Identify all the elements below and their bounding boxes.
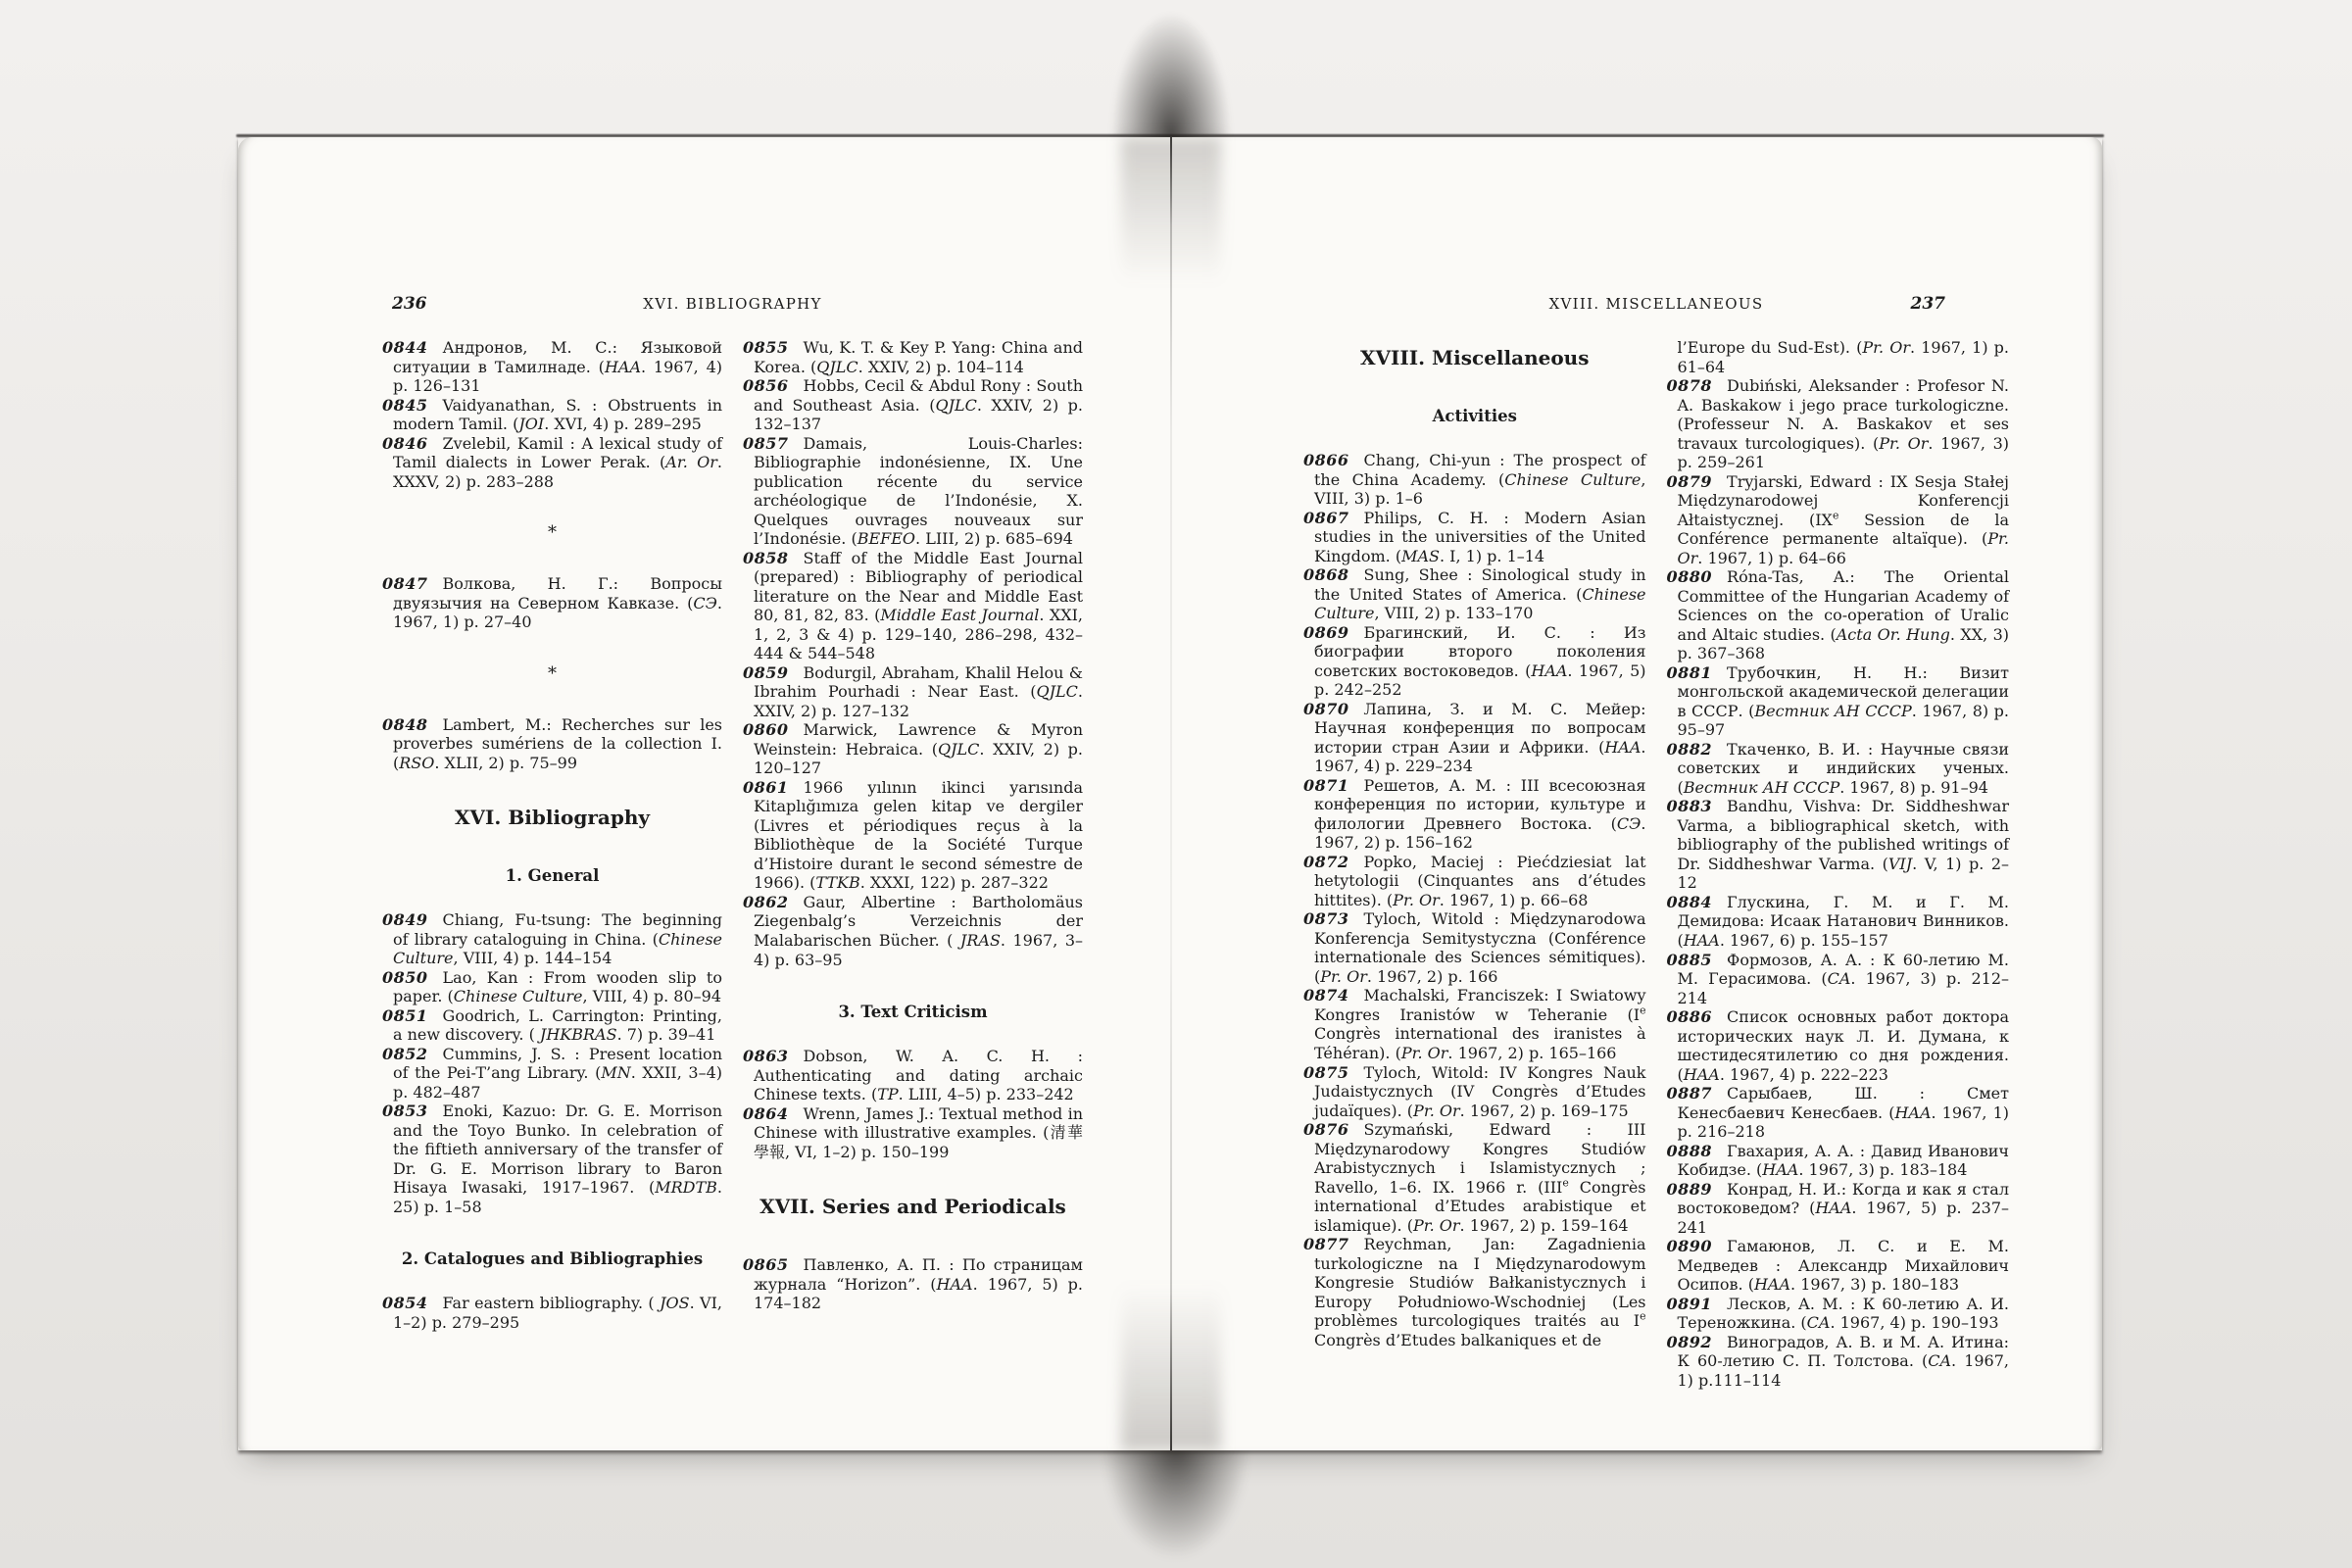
entry-number: 0880 — [1667, 567, 1713, 586]
left-page-header: 236 XVI. BIBLIOGRAPHY — [382, 294, 1083, 314]
bib-entry-0878: 0878Dubiński, Aleksander : Profesor N. A… — [1667, 376, 2010, 472]
bib-entry-0864: 0864Wrenn, James J.: Textual method in C… — [743, 1104, 1083, 1162]
entry-number: 0851 — [382, 1006, 428, 1025]
bib-entry-0892: 0892Виноградов, А. В. и М. А. Итина: К 6… — [1667, 1333, 2010, 1391]
entry-number: 0881 — [1667, 663, 1713, 682]
entry-number: 0878 — [1667, 376, 1713, 395]
entry-number: 0868 — [1303, 565, 1349, 584]
entry-number: 0852 — [382, 1045, 428, 1063]
subsection-heading: 3. Text Criticism — [743, 1003, 1083, 1021]
bib-entry-0872: 0872Popko, Maciej : Piećdziesiat lat het… — [1303, 853, 1646, 910]
open-book: 236 XVI. BIBLIOGRAPHY 0844Андронов, М. С… — [238, 137, 2102, 1450]
bib-entry-0884: 0884Глускина, Г. М. и Г. М. Демидова: Ис… — [1667, 893, 2010, 951]
bib-entry-0846: 0846Zvelebil, Kamil : A lexical study of… — [382, 434, 722, 492]
entry-number: 0892 — [1667, 1333, 1713, 1351]
section-heading: XVII. Series and Periodicals — [743, 1195, 1083, 1218]
right-page-header: XVIII. MISCELLANEOUS 237 — [1303, 294, 2009, 314]
entry-number: 0890 — [1667, 1237, 1713, 1255]
bib-entry-0877: 0877Reychman, Jan: Zagadnienia turkologi… — [1303, 1235, 1646, 1349]
bib-entry-0863: 0863Dobson, W. A. C. H. : Authenticating… — [743, 1047, 1083, 1104]
text-column: XVIII. MiscellaneousActivities0866Chang,… — [1303, 338, 1646, 1390]
entry-number: 0848 — [382, 715, 428, 734]
left-page: 236 XVI. BIBLIOGRAPHY 0844Андронов, М. С… — [238, 137, 1171, 1450]
bib-entry-0851: 0851Goodrich, L. Carrington: Printing, a… — [382, 1006, 722, 1045]
entry-number: 0849 — [382, 910, 428, 929]
bib-entry-0881: 0881Трубочкин, Н. Н.: Визит монгольской … — [1667, 663, 2010, 740]
entry-number: 0847 — [382, 574, 428, 593]
page-number: 236 — [392, 294, 427, 314]
entry-number: 0863 — [743, 1047, 789, 1065]
entry-number: 0875 — [1303, 1063, 1349, 1082]
bib-entry-0879: 0879Tryjarski, Edward : IX Sesja Stałej … — [1667, 472, 2010, 568]
bib-entry-0855: 0855Wu, K. T. & Key P. Yang: China and K… — [743, 338, 1083, 376]
entry-number: 0864 — [743, 1104, 789, 1123]
entry-number: 0850 — [382, 968, 428, 987]
page-number: 237 — [1911, 294, 1946, 314]
section-heading: XVI. Bibliography — [382, 806, 722, 829]
subsection-heading: Activities — [1303, 407, 1646, 425]
bib-entry-0891: 0891Лесков, А. М. : К 60-летию А. И. Тер… — [1667, 1295, 2010, 1333]
entry-number: 0888 — [1667, 1142, 1713, 1160]
entry-number: 0870 — [1303, 700, 1349, 718]
bib-entry-0887: 0887Сарыбаев, Ш. : Смет Кенесбаевич Кене… — [1667, 1084, 2010, 1142]
bib-entry-0870: 0870Лапина, З. и М. С. Мейер: Научная ко… — [1303, 700, 1646, 776]
bib-entry-0871: 0871Решетов, А. М. : III всесоюзная конф… — [1303, 776, 1646, 853]
spine-shadow-top — [1053, 0, 1289, 142]
entry-number: 0886 — [1667, 1007, 1713, 1026]
entry-number: 0846 — [382, 434, 428, 453]
spine-shadow-bottom — [1039, 1439, 1313, 1568]
bib-entry-0882: 0882Ткаченко, В. И. : Научные связи сове… — [1667, 740, 2010, 798]
text-column: l’Europe du Sud-Est). (Pr. Or. 1967, 1) … — [1667, 338, 2010, 1390]
entry-number: 0884 — [1667, 893, 1713, 911]
bib-entry-0888: 0888Гвахария, А. А. : Давид Иванович Коб… — [1667, 1142, 2010, 1180]
entry-number: 0855 — [743, 338, 789, 357]
bib-entry-0865: 0865Павленко, А. П. : По страницам журна… — [743, 1255, 1083, 1313]
bib-entry-0845: 0845Vaidyanathan, S. : Obstruents in mod… — [382, 396, 722, 434]
right-page-content: XVIII. MISCELLANEOUS 237 XVIII. Miscella… — [1303, 137, 2009, 1450]
right-page-columns: XVIII. MiscellaneousActivities0866Chang,… — [1303, 338, 2009, 1390]
text-column: 0844Андронов, М. С.: Языковой ситуации в… — [382, 338, 722, 1333]
entry-number: 0879 — [1667, 472, 1713, 491]
bib-entry-0861: 08611966 yılının ikinci yarısında Kitapl… — [743, 778, 1083, 893]
left-page-columns: 0844Андронов, М. С.: Языковой ситуации в… — [382, 338, 1083, 1333]
bib-entry-0850: 0850Lao, Kan : From wooden slip to paper… — [382, 968, 722, 1006]
bib-entry-0874: 0874Machalski, Franciszek: I Swiatowy Ko… — [1303, 986, 1646, 1062]
separator-star: * — [382, 663, 722, 684]
bib-entry-0859: 0859Bodurgil, Abraham, Khalil Helou & Ib… — [743, 663, 1083, 721]
bib-entry-0848: 0848Lambert, M.: Recherches sur les prov… — [382, 715, 722, 773]
entry-number: 0876 — [1303, 1120, 1349, 1139]
bib-entry-0886: 0886Список основных работ доктора истори… — [1667, 1007, 2010, 1084]
entry-number: 0869 — [1303, 623, 1349, 642]
entry-number: 0854 — [382, 1294, 428, 1312]
running-head: XVIII. MISCELLANEOUS — [1549, 295, 1764, 313]
bib-entry-0856: 0856Hobbs, Cecil & Abdul Rony : South an… — [743, 376, 1083, 434]
text-column: 0855Wu, K. T. & Key P. Yang: China and K… — [743, 338, 1083, 1333]
entry-number: 0885 — [1667, 951, 1713, 969]
entry-number: 0862 — [743, 893, 789, 911]
entry-number: 0860 — [743, 720, 789, 739]
entry-number: 0856 — [743, 376, 789, 395]
entry-number: 0844 — [382, 338, 428, 357]
entry-number: 0845 — [382, 396, 428, 415]
entry-number: 0882 — [1667, 740, 1713, 759]
entry-number: 0877 — [1303, 1235, 1349, 1253]
entry-number: 0872 — [1303, 853, 1349, 871]
bib-entry-0889: 0889Конрад, Н. И.: Когда и как я стал во… — [1667, 1180, 2010, 1238]
section-heading: XVIII. Miscellaneous — [1303, 346, 1646, 369]
entry-number: 0859 — [743, 663, 789, 682]
bib-entry-0844: 0844Андронов, М. С.: Языковой ситуации в… — [382, 338, 722, 396]
entry-number: 0889 — [1667, 1180, 1713, 1199]
entry-number: 0883 — [1667, 797, 1713, 815]
bib-entry-0880: 0880Róna-Tas, A.: The Oriental Committee… — [1667, 567, 2010, 663]
entry-number: 0874 — [1303, 986, 1349, 1004]
entry-number: 0867 — [1303, 509, 1349, 527]
bib-entry-0883: 0883Bandhu, Vishva: Dr. Siddheshwar Varm… — [1667, 797, 2010, 893]
bib-entry-0866: 0866Chang, Chi-yun : The prospect of the… — [1303, 451, 1646, 509]
bib-entry-0860: 0860Marwick, Lawrence & Myron Weinstein:… — [743, 720, 1083, 778]
left-page-content: 236 XVI. BIBLIOGRAPHY 0844Андронов, М. С… — [382, 137, 1083, 1450]
entry-number: 0853 — [382, 1102, 428, 1120]
entry-number: 0873 — [1303, 909, 1349, 928]
book-spine — [1170, 137, 1172, 1450]
running-head: XVI. BIBLIOGRAPHY — [643, 295, 821, 313]
entry-number: 0871 — [1303, 776, 1349, 795]
bib-entry-0867: 0867Philips, C. H. : Modern Asian studie… — [1303, 509, 1646, 566]
bib-entry-0857: 0857Damais, Louis-Charles: Bibliographie… — [743, 434, 1083, 549]
entry-number: 0857 — [743, 434, 789, 453]
bib-entry-0885: 0885Формозов, А. А. : К 60-летию М. М. Г… — [1667, 951, 2010, 1008]
bib-entry-0847: 0847Волкова, Н. Г.: Вопросы двуязычия на… — [382, 574, 722, 632]
bib-entry-0868: 0868Sung, Shee : Sinological study in th… — [1303, 565, 1646, 623]
subsection-heading: 1. General — [382, 866, 722, 885]
entry-number: 0861 — [743, 778, 789, 797]
bib-entry-continuation: l’Europe du Sud-Est). (Pr. Or. 1967, 1) … — [1667, 338, 2010, 376]
entry-number: 0865 — [743, 1255, 789, 1274]
bib-entry-0876: 0876Szymański, Edward : III Międzynarodo… — [1303, 1120, 1646, 1235]
bib-entry-0890: 0890Гамаюнов, Л. С. и Е. М. Медведев : А… — [1667, 1237, 2010, 1295]
bib-entry-0873: 0873Tyloch, Witold : Międzynarodowa Konf… — [1303, 909, 1646, 986]
bib-entry-0853: 0853Enoki, Kazuo: Dr. G. E. Morrison and… — [382, 1102, 722, 1216]
bib-entry-0854: 0854Far eastern bibliography. ( JOS. VI,… — [382, 1294, 722, 1332]
bib-entry-0858: 0858Staff of the Middle East Journal (pr… — [743, 549, 1083, 663]
photo-background: 236 XVI. BIBLIOGRAPHY 0844Андронов, М. С… — [0, 0, 2352, 1568]
separator-star: * — [382, 522, 722, 543]
bib-entry-0852: 0852Cummins, J. S. : Present location of… — [382, 1045, 722, 1102]
entry-number: 0858 — [743, 549, 789, 567]
entry-number: 0866 — [1303, 451, 1349, 469]
bib-entry-0849: 0849Chiang, Fu-tsung: The beginning of l… — [382, 910, 722, 968]
subsection-heading: 2. Catalogues and Bibliographies — [382, 1249, 722, 1268]
bib-entry-0862: 0862Gaur, Albertine : Bartholomäus Ziege… — [743, 893, 1083, 969]
entry-number: 0887 — [1667, 1084, 1713, 1102]
bib-entry-0869: 0869Брагинский, И. С. : Из биографии вто… — [1303, 623, 1646, 700]
right-page: XVIII. MISCELLANEOUS 237 XVIII. Miscella… — [1171, 137, 2102, 1450]
bib-entry-0875: 0875Tyloch, Witold: IV Kongres Nauk Juda… — [1303, 1063, 1646, 1121]
entry-number: 0891 — [1667, 1295, 1713, 1313]
